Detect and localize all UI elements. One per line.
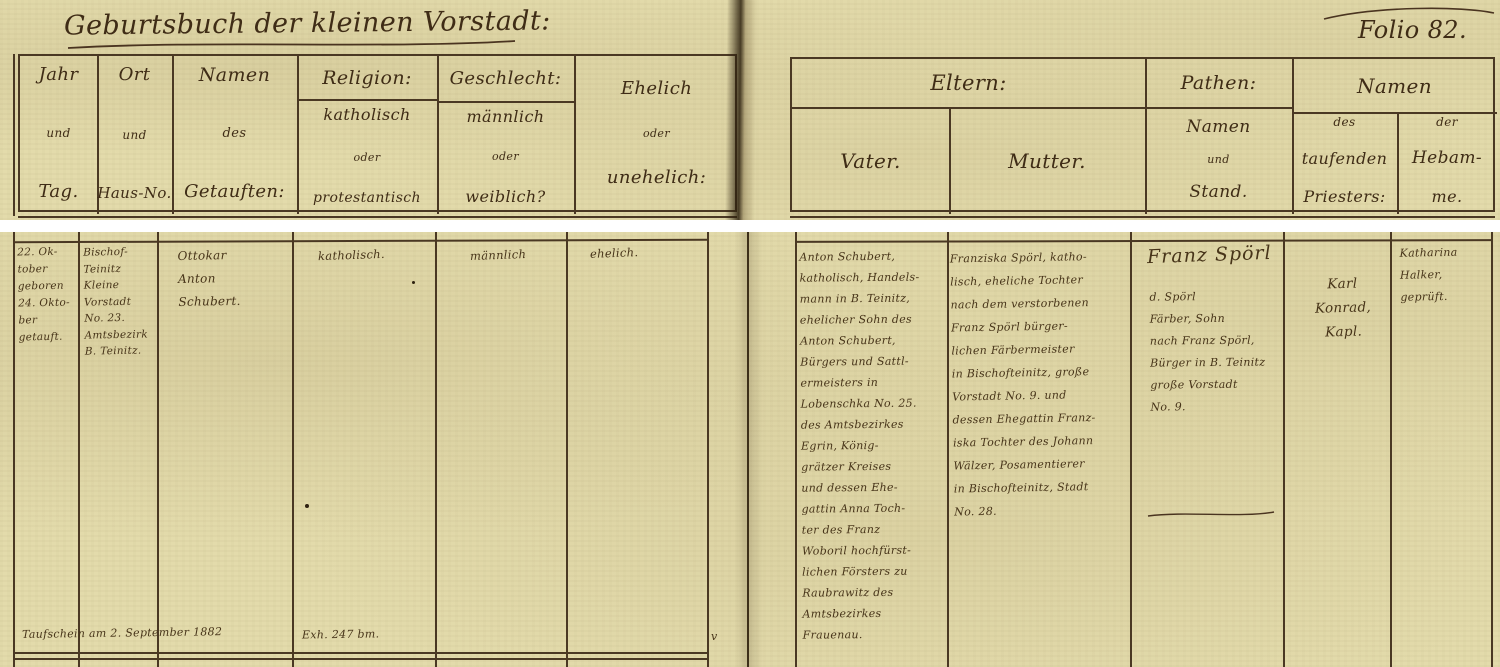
- bottom-strip: 22. Ok- tober geboren 24. Okto- ber geta…: [0, 232, 1500, 667]
- top-strip: Geburtsbuch der kleinen Vorstadt: Folio …: [0, 0, 1500, 220]
- grid-line: [1390, 232, 1392, 667]
- title-underline-flourish: [66, 36, 518, 52]
- header-line: Namen: [1186, 117, 1250, 137]
- grid-line: [790, 216, 1495, 218]
- header-line: oder: [353, 151, 380, 164]
- grid-line: [78, 232, 80, 667]
- signature-underline-flourish: [1146, 508, 1278, 520]
- ink-speck: [305, 504, 309, 508]
- header-line: Getauften:: [184, 181, 285, 202]
- header-line: Jahr: [39, 64, 79, 85]
- header-line: oder: [492, 150, 519, 163]
- entry-vater: Anton Schubert, katholisch, Handels- man…: [799, 245, 946, 645]
- book-gutter-crease: [725, 0, 757, 220]
- right-header-table: Eltern: Vater. Mutter. Pathen: Namen und…: [790, 57, 1495, 212]
- grid-line: [1283, 232, 1285, 667]
- header-namen-des-getauften: Namen des Getauften:: [172, 56, 297, 214]
- header-geschlecht-title: Geschlecht:: [437, 56, 574, 101]
- header-line: katholisch: [323, 105, 410, 124]
- grid-line: [157, 232, 159, 667]
- grid-line: [13, 232, 15, 667]
- header-line: Pathen:: [1181, 72, 1257, 94]
- entry-footnote-ref: Exh. 247 bm.: [302, 627, 380, 641]
- grid-line: [435, 232, 437, 667]
- grid-line: [13, 652, 707, 654]
- header-line: Mutter.: [1008, 149, 1086, 173]
- check-mark: v: [711, 630, 718, 643]
- grid-line: [1130, 232, 1132, 667]
- header-line: Namen: [1357, 74, 1432, 98]
- entry-hebamme: Katharina Halker, geprüft.: [1399, 241, 1488, 309]
- header-line: des: [223, 126, 247, 141]
- header-ort-und-hausno: Ort und Haus-No.: [97, 56, 172, 214]
- header-religion-title: Religion:: [297, 56, 437, 99]
- header-line: Vater.: [840, 149, 901, 173]
- header-line: unehelich:: [607, 167, 706, 188]
- header-line: Namen: [199, 64, 270, 86]
- header-pathen: Pathen:: [1145, 59, 1292, 107]
- entry-priester: Karl Konrad, Kapl.: [1299, 271, 1387, 345]
- header-line: Tag.: [38, 181, 78, 202]
- entry-sex: männlich: [470, 247, 527, 263]
- header-line: Priesters:: [1303, 187, 1385, 206]
- entry-place: Bischof- Teinitz Kleine Vorstadt No. 23.…: [83, 243, 155, 360]
- header-line: Haus-No.: [97, 184, 171, 202]
- grid-line: [707, 232, 709, 667]
- grid-line: [292, 232, 294, 667]
- header-line: Eltern:: [930, 71, 1006, 95]
- header-line: weiblich?: [465, 187, 545, 206]
- header-namen-span: Namen: [1292, 59, 1497, 112]
- grid-line: [13, 239, 707, 243]
- header-pathen-namen-stand: Namen und Stand.: [1145, 107, 1292, 214]
- header-line: protestantisch: [313, 190, 421, 206]
- entry-pathen-signature: Franz Spörl: [1147, 242, 1272, 268]
- grid-line: [13, 658, 707, 660]
- header-line: und: [122, 128, 146, 142]
- header-line: und: [46, 126, 70, 140]
- grid-line: [18, 216, 737, 218]
- header-hebamme: der Hebam- me.: [1397, 112, 1497, 214]
- header-vater: Vater.: [792, 107, 949, 214]
- header-eltern: Eltern:: [792, 59, 1145, 107]
- header-line: Ort: [119, 64, 151, 85]
- header-line: Geschlecht:: [450, 68, 562, 89]
- entry-footnote: Taufschein am 2. September 1882: [22, 624, 302, 641]
- header-jahr-und-tag: Jahr und Tag.: [20, 56, 97, 214]
- entry-religion: katholisch.: [318, 247, 385, 263]
- scan-gap-band: [0, 220, 1500, 232]
- header-religion-sub: katholisch oder protestantisch: [297, 99, 437, 214]
- book-gutter-shading: [735, 232, 763, 667]
- header-line: Stand.: [1189, 182, 1247, 202]
- entry-name: Ottokar Anton Schubert.: [177, 243, 288, 314]
- entry-date: 22. Ok- tober geboren 24. Okto- ber geta…: [17, 244, 77, 347]
- header-line: Ehelich: [621, 78, 692, 99]
- entry-legitimacy: ehelich.: [590, 245, 639, 261]
- header-mutter: Mutter.: [949, 107, 1145, 214]
- grid-line: [1491, 232, 1493, 667]
- header-ehelich: Ehelich oder unehelich:: [574, 56, 739, 214]
- header-line: me.: [1432, 187, 1463, 206]
- header-line: der: [1436, 115, 1458, 129]
- entry-mutter: Franziska Spörl, katho- lisch, eheliche …: [950, 245, 1129, 524]
- header-line: männlich: [466, 107, 544, 126]
- header-line: Hebam-: [1412, 148, 1482, 168]
- register-scan: Geburtsbuch der kleinen Vorstadt: Folio …: [0, 0, 1500, 667]
- folio-label: Folio 82.: [1358, 16, 1467, 44]
- header-line: und: [1207, 153, 1229, 166]
- header-line: Religion:: [322, 67, 412, 89]
- grid-line: [795, 239, 1491, 243]
- header-line: des: [1333, 115, 1355, 129]
- entry-pathen: d. Spörl Färber, Sohn nach Franz Spörl, …: [1149, 285, 1280, 418]
- header-line: taufenden: [1302, 149, 1388, 168]
- grid-line: [795, 232, 797, 667]
- left-header-table: Jahr und Tag. Ort und Haus-No. Namen des…: [18, 54, 737, 212]
- header-geschlecht-sub: männlich oder weiblich?: [437, 101, 574, 214]
- grid-line: [566, 232, 568, 667]
- grid-line: [13, 54, 15, 216]
- grid-line: [947, 232, 949, 667]
- header-line: oder: [643, 127, 670, 140]
- header-priester: des taufenden Priesters:: [1292, 112, 1397, 214]
- ink-speck: [412, 281, 415, 284]
